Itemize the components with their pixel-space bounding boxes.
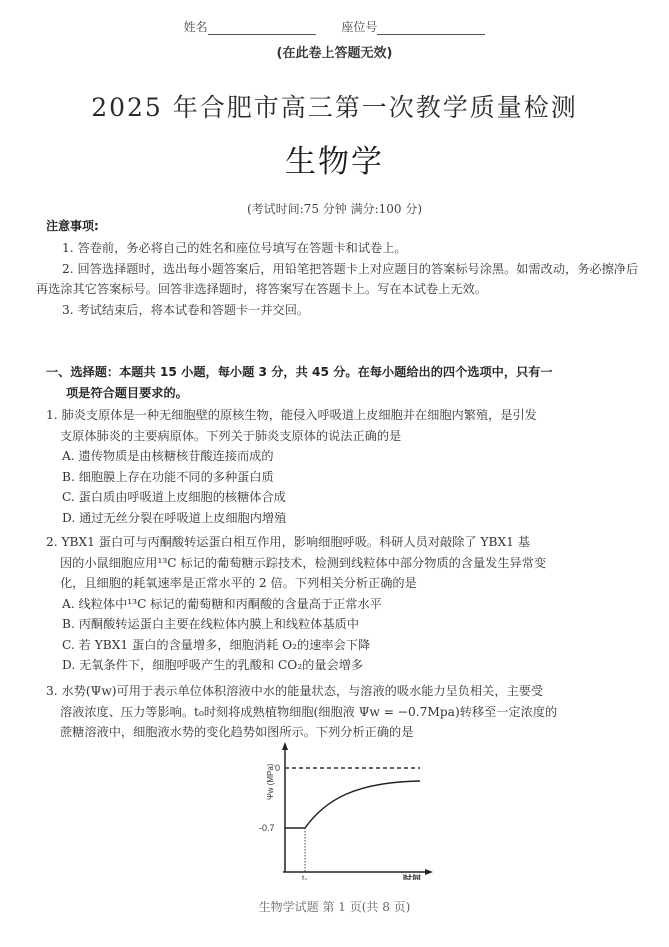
option-a: A. 遗传物质是由核糖核苷酸连接而成的 (46, 446, 646, 467)
seat-blank (377, 22, 485, 35)
invalid-note: (在此卷上答题无效) (0, 42, 669, 61)
question-1: 1. 肺炎支原体是一种无细胞壁的原核生物，能侵入呼吸道上皮细胞并在细胞内繁殖，是… (46, 405, 646, 528)
note-item: 3. 考试结束后，将本试卷和答题卡一并交回。 (36, 300, 641, 321)
question-stem: 3. 水势(Ψw)可用于表示单位体积溶液中水的能量状态，与溶液的吸水能力呈负相关… (46, 681, 646, 743)
question-3: 3. 水势(Ψw)可用于表示单位体积溶液中水的能量状态，与溶液的吸水能力呈负相关… (46, 681, 646, 743)
stem-line: 3. 水势(Ψw)可用于表示单位体积溶液中水的能量状态，与溶液的吸水能力呈负相关… (46, 684, 543, 698)
option-c: C. 蛋白质由呼吸道上皮细胞的核糖体合成 (46, 487, 646, 508)
name-blank (208, 22, 316, 35)
y-axis-arrow-icon (282, 742, 288, 750)
page-footer: 生物学试题 第 1 页(共 8 页) (0, 898, 669, 915)
option-b: B. 细胞膜上存在功能不同的多种蛋白质 (46, 467, 646, 488)
svg-text:时间: 时间 (403, 873, 421, 880)
option-a: A. 线粒体中¹³C 标记的葡萄糖和丙酮酸的含量高于正常水平 (46, 594, 646, 615)
stem-line: 化，且细胞的耗氧速率是正常水平的 2 倍。下列相关分析正确的是 (46, 573, 646, 594)
note-item: 2. 回答选择题时，选出每小题答案后，用铅笔把答题卡上对应题目的答案标号涂黑。如… (36, 259, 641, 300)
stem-line: 支原体肺炎的主要病原体。下列关于肺炎支原体的说法正确的是 (46, 426, 646, 447)
stem-line: 1. 肺炎支原体是一种无细胞壁的原核生物，能侵入呼吸道上皮细胞并在细胞内繁殖，是… (46, 408, 537, 422)
name-label: 姓名 (184, 20, 208, 34)
svg-text:-0.7: -0.7 (259, 823, 275, 833)
subject-title: 生物学 (0, 136, 669, 181)
name-seat-line: 姓名 座位号 (0, 18, 669, 35)
svg-text:t₀: t₀ (302, 874, 308, 880)
section-heading: 一、选择题：本题共 15 小题，每小题 3 分，共 45 分。在每小题给出的四个… (46, 362, 646, 403)
water-potential-chart: 0 -0.7 t₀ 时间 Ψw (MPa) (255, 740, 435, 880)
note-item: 1. 答卷前，务必将自己的姓名和座位号填写在答题卡和试卷上。 (36, 238, 641, 259)
stem-line: 因的小鼠细胞应用¹³C 标记的葡萄糖示踪技术，检测到线粒体中部分物质的含量发生异… (46, 553, 646, 574)
section-line: 项是符合题目要求的。 (46, 383, 646, 404)
exam-info: (考试时间:75 分钟 满分:100 分) (0, 200, 669, 217)
option-b: B. 丙酮酸转运蛋白主要在线粒体内膜上和线粒体基质中 (46, 614, 646, 635)
notes-heading: 注意事项: (46, 217, 99, 234)
svg-text:Ψw (MPa): Ψw (MPa) (266, 763, 275, 800)
notes-list: 1. 答卷前，务必将自己的姓名和座位号填写在答题卡和试卷上。 2. 回答选择题时… (36, 238, 641, 320)
option-d: D. 通过无丝分裂在呼吸道上皮细胞内增殖 (46, 508, 646, 529)
question-stem: 1. 肺炎支原体是一种无细胞壁的原核生物，能侵入呼吸道上皮细胞并在细胞内繁殖，是… (46, 405, 646, 446)
section-line: 一、选择题：本题共 15 小题，每小题 3 分，共 45 分。在每小题给出的四个… (46, 362, 646, 383)
question-stem: 2. YBX1 蛋白可与丙酮酸转运蛋白相互作用，影响细胞呼吸。科研人员对敲除了 … (46, 532, 646, 594)
chart-svg: 0 -0.7 t₀ 时间 Ψw (MPa) (255, 740, 435, 880)
seat-label: 座位号 (341, 20, 377, 34)
option-c: C. 若 YBX1 蛋白的含量增多，细胞消耗 O₂的速率会下降 (46, 635, 646, 656)
stem-line: 溶液浓度、压力等影响。t₀时刻将成熟植物细胞(细胞液 Ψw = −0.7Mpa)… (46, 702, 646, 723)
option-d: D. 无氧条件下，细胞呼吸产生的乳酸和 CO₂的量会增多 (46, 655, 646, 676)
stem-line: 2. YBX1 蛋白可与丙酮酸转运蛋白相互作用，影响细胞呼吸。科研人员对敲除了 … (46, 535, 530, 549)
svg-text:0: 0 (275, 763, 280, 773)
question-2: 2. YBX1 蛋白可与丙酮酸转运蛋白相互作用，影响细胞呼吸。科研人员对敲除了 … (46, 532, 646, 676)
exam-title: 2025 年合肥市高三第一次教学质量检测 (0, 88, 669, 124)
x-axis-arrow-icon (425, 869, 433, 875)
